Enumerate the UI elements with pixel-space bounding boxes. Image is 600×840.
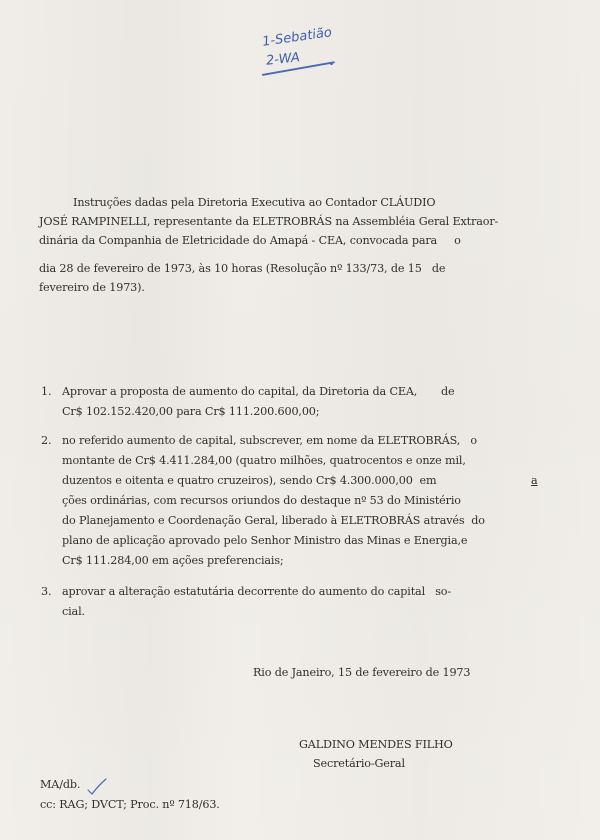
typist-initials: MA/db. bbox=[40, 775, 80, 794]
underlined-letter: a bbox=[531, 471, 538, 490]
item-line: aprovar a alteração estatutária decorren… bbox=[62, 582, 451, 601]
place-date: Rio de Janeiro, 15 de fevereiro de 1973 bbox=[253, 663, 470, 682]
item-line: do Planejamento e Coordenação Geral, lib… bbox=[62, 511, 485, 530]
intro-line: dinária da Companhia de Eletricidade do … bbox=[39, 231, 461, 250]
intro-line: Instruções dadas pela Diretoria Executiv… bbox=[39, 193, 435, 212]
item-number: 3. bbox=[41, 582, 51, 601]
signatory-title: Secretário-Geral bbox=[313, 754, 405, 773]
signatory-name: GALDINO MENDES FILHO bbox=[299, 735, 453, 754]
item-line: no referido aumento de capital, subscrev… bbox=[62, 431, 477, 450]
handwritten-note-line-1: 1-Sebatião bbox=[261, 25, 332, 50]
item-line: ções ordinárias, com recursos oriundos d… bbox=[62, 491, 461, 510]
intro-line: JOSÉ RAMPINELLI, representante da ELETRO… bbox=[39, 212, 498, 231]
item-line: Cr$ 111.284,00 em ações preferenciais; bbox=[62, 551, 284, 570]
intro-line: fevereiro de 1973). bbox=[39, 278, 145, 297]
item-line: cial. bbox=[62, 602, 85, 621]
item-line: plano de aplicação aprovado pelo Senhor … bbox=[62, 531, 467, 550]
handwritten-note-line-2: 2-WA bbox=[265, 50, 300, 68]
intro-line: dia 28 de fevereiro de 1973, às 10 horas… bbox=[39, 259, 445, 278]
checkmark-icon bbox=[86, 778, 108, 796]
item-line: montante de Cr$ 4.411.284,00 (quatro mil… bbox=[62, 451, 466, 470]
item-number: 1. bbox=[41, 382, 51, 401]
item-line: Cr$ 102.152.420,00 para Cr$ 111.200.600,… bbox=[62, 402, 319, 421]
handwritten-dot bbox=[330, 62, 333, 65]
document-page: 1-Sebatião 2-WA Instruções dadas pela Di… bbox=[0, 0, 600, 840]
item-line: duzentos e oitenta e quatro cruzeiros), … bbox=[62, 471, 443, 490]
item-line: Aprovar a proposta de aumento do capital… bbox=[62, 382, 455, 401]
carbon-copy-line: cc: RAG; DVCT; Proc. nº 718/63. bbox=[40, 795, 220, 814]
item-number: 2. bbox=[41, 431, 51, 450]
